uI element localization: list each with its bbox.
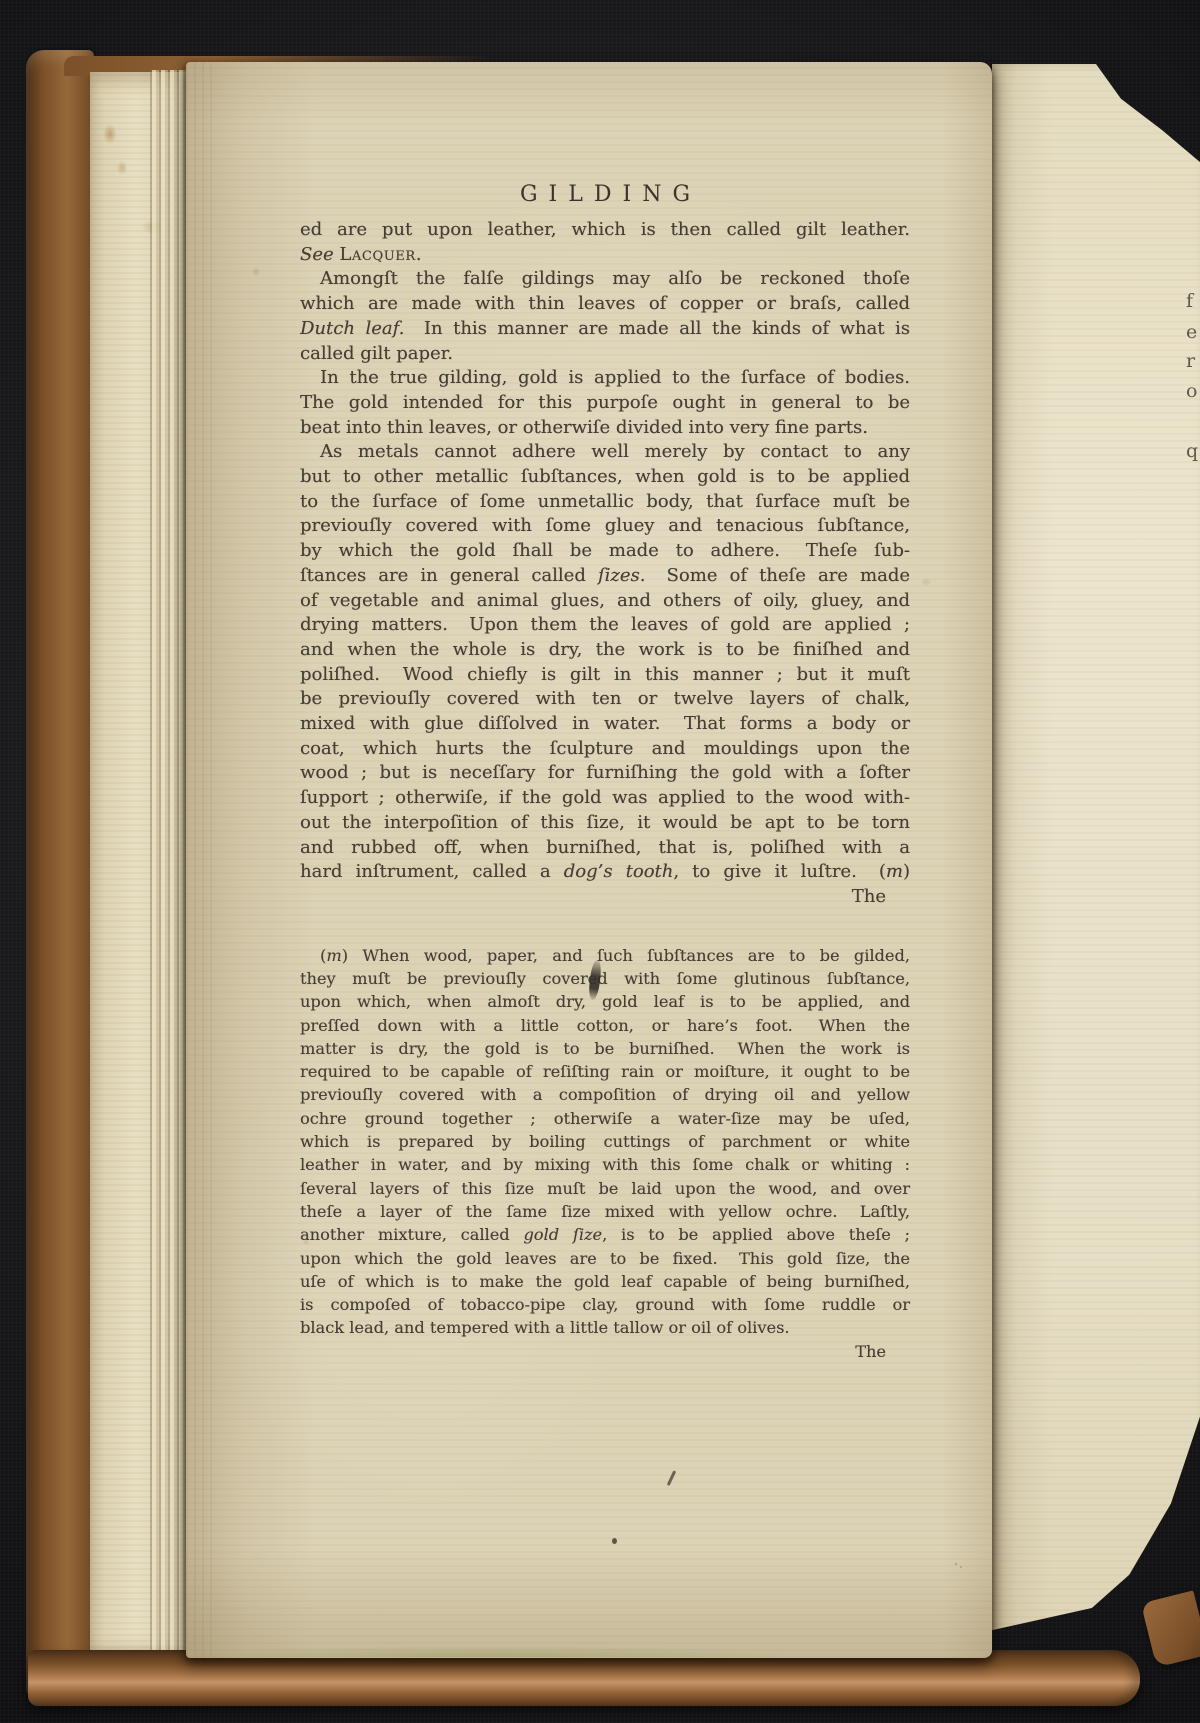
text-segment: beat into thin leaves, or otherwiſe divi…	[300, 417, 868, 438]
text-segment: ochre ground together ; otherwiſe a wate…	[300, 1109, 910, 1128]
edge-letter-fragment: r	[1186, 350, 1198, 372]
text-line: preſſed down with a little cotton, or ha…	[300, 1014, 910, 1037]
text-segment: The gold intended for this purpoſe ought…	[300, 392, 910, 413]
text-line: drying matters. Upon them the leaves of …	[300, 613, 910, 638]
text-line: previouſly covered with a compoſition of…	[300, 1083, 910, 1106]
text-segment: is compoſed of tobacco-pipe clay, ground…	[300, 1295, 910, 1314]
text-segment: preſſed down with a little cotton, or ha…	[300, 1016, 910, 1035]
italic-text: dog’s tooth	[564, 861, 674, 882]
text-line: mixed with glue diſſolved in water. That…	[300, 712, 910, 737]
text-line: of vegetable and animal glues, and other…	[300, 589, 910, 614]
text-segment: required to be capable of reſiſting rain…	[300, 1062, 910, 1081]
text-segment: When wood, paper, and ſuch ſubſtances ar…	[348, 946, 910, 965]
text-segment: wood ; but is neceſſary for furniſhing t…	[300, 762, 910, 783]
italic-text: Dutch leaf.	[300, 318, 404, 339]
text-line: hard inſtrument, called a dog’s tooth, t…	[300, 860, 910, 885]
text-segment: .	[416, 244, 422, 265]
text-segment: coat, which hurts the ſculpture and moul…	[300, 738, 910, 759]
text-segment: . Some of theſe are made	[640, 565, 910, 586]
footnote-text-column: (m) When wood, paper, and ſuch ſubſtance…	[300, 944, 910, 1363]
text-segment: , to give it luſtre.	[673, 861, 879, 882]
ink-speck	[954, 1562, 964, 1570]
page-heading: GILDING	[300, 178, 910, 212]
edge-letter-fragment: f	[1186, 290, 1198, 312]
main-text-column: ed are put upon leather, which is then c…	[300, 218, 910, 910]
text-line: they muſt be previouſly covered with ſom…	[300, 967, 910, 990]
text-line: out the interpoſition of this ſize, it w…	[300, 811, 910, 836]
text-line: (m) When wood, paper, and ſuch ſubſtance…	[300, 944, 910, 967]
text-line: to the ſurface of ſome unmetallic body, …	[300, 490, 910, 515]
italic-text: ſizes	[598, 565, 640, 586]
text-segment: to the ſurface of ſome unmetallic body, …	[300, 491, 910, 512]
text-segment: ed are put upon leather, which is then c…	[300, 219, 910, 240]
text-segment: As metals cannot adhere well merely by c…	[320, 441, 910, 462]
catchword: The	[300, 1340, 910, 1363]
text-line: Dutch leaf. In this manner are made all …	[300, 317, 910, 342]
text-segment: theſe a layer of the ſame ſize mixed wit…	[300, 1202, 910, 1221]
italic-text: m	[326, 946, 341, 965]
text-segment: leather in water, and by mixing with thi…	[300, 1155, 910, 1174]
book-cover-left-edge	[26, 50, 94, 1700]
edge-letter-fragment: o	[1186, 380, 1198, 402]
text-segment: In the true gilding, gold is applied to …	[320, 367, 910, 388]
text-line: upon which, when almoſt dry, gold leaf i…	[300, 990, 910, 1013]
text-segment: (	[879, 861, 886, 882]
text-line: and rubbed off, when burniſhed, that is,…	[300, 836, 910, 861]
text-line: In the true gilding, gold is applied to …	[300, 366, 910, 391]
text-line: ſtances are in general called ſizes. Som…	[300, 564, 910, 589]
text-line: beat into thin leaves, or otherwiſe divi…	[300, 416, 910, 441]
text-segment: In this manner are made all the kinds of…	[404, 318, 910, 339]
text-segment: The	[855, 1342, 886, 1361]
text-line: called gilt paper.	[300, 342, 910, 367]
text-line: wood ; but is neceſſary for furniſhing t…	[300, 761, 910, 786]
text-segment: be previouſly covered with ten or twelve…	[300, 688, 910, 709]
text-segment: Amongſt the falſe gildings may alſo be r…	[320, 268, 910, 289]
text-line: previouſly covered with ſome gluey and t…	[300, 514, 910, 539]
text-line: by which the gold ſhall be made to adher…	[300, 539, 910, 564]
text-line: Amongſt the falſe gildings may alſo be r…	[300, 267, 910, 292]
text-line: poliſhed. Wood chiefly is gilt in this m…	[300, 663, 910, 688]
text-segment: poliſhed. Wood chiefly is gilt in this m…	[300, 664, 910, 685]
text-line: another mixture, called gold ſize, is to…	[300, 1223, 910, 1246]
text-line: which is prepared by boiling cuttings of…	[300, 1130, 910, 1153]
text-segment: )	[903, 861, 910, 882]
text-line: which are made with thin leaves of coppe…	[300, 292, 910, 317]
edge-letter-fragment: e	[1186, 321, 1198, 343]
ink-speck	[667, 1470, 676, 1486]
text-segment: , is to be applied above theſe ;	[602, 1225, 910, 1244]
text-segment: previouſly covered with a compoſition of…	[300, 1085, 910, 1104]
text-segment: drying matters. Upon them the leaves of …	[300, 614, 910, 635]
book-page: GILDING ed are put upon leather, which i…	[186, 62, 992, 1658]
text-segment: by which the gold ſhall be made to adher…	[300, 540, 910, 561]
text-segment: ſtances are in general called	[300, 565, 598, 586]
text-line: coat, which hurts the ſculpture and moul…	[300, 737, 910, 762]
text-segment: but to other metallic ſubſtances, when g…	[300, 466, 910, 487]
text-line: required to be capable of reſiſting rain…	[300, 1060, 910, 1083]
text-line: and when the whole is dry, the work is t…	[300, 638, 910, 663]
page-text-block: GILDING ed are put upon leather, which i…	[300, 178, 910, 1363]
text-segment: matter is dry, the gold is to be burniſh…	[300, 1039, 910, 1058]
text-segment: and rubbed off, when burniſhed, that is,…	[300, 837, 910, 858]
text-segment: previouſly covered with ſome gluey and t…	[300, 515, 910, 536]
book-cover-bottom-edge	[28, 1650, 1140, 1706]
text-segment: called gilt paper.	[300, 343, 453, 364]
text-segment: and when the whole is dry, the work is t…	[300, 639, 910, 660]
text-segment: The	[852, 886, 886, 907]
text-line: be previouſly covered with ten or twelve…	[300, 687, 910, 712]
text-segment: mixed with glue diſſolved in water. That…	[300, 713, 910, 734]
text-line: leather in water, and by mixing with thi…	[300, 1153, 910, 1176]
text-line: ochre ground together ; otherwiſe a wate…	[300, 1107, 910, 1130]
text-segment: ſupport ; otherwiſe, if the gold was app…	[300, 787, 910, 808]
facing-page-edge: feroq	[992, 64, 1200, 1646]
small-caps-text: Lacquer	[339, 244, 415, 265]
ink-speck	[612, 1538, 617, 1544]
text-segment: out the interpoſition of this ſize, it w…	[300, 812, 910, 833]
text-line: The gold intended for this purpoſe ought…	[300, 391, 910, 416]
edge-letter-fragment: q	[1186, 440, 1198, 462]
text-segment: another mixture, called	[300, 1225, 523, 1244]
text-segment: which is prepared by boiling cuttings of…	[300, 1132, 910, 1151]
text-line: As metals cannot adhere well merely by c…	[300, 440, 910, 465]
italic-text: See	[300, 244, 339, 265]
text-segment: of vegetable and animal glues, and other…	[300, 590, 910, 611]
text-line: ſupport ; otherwiſe, if the gold was app…	[300, 786, 910, 811]
italic-text: gold ſize	[523, 1225, 602, 1244]
text-line: uſe of which is to make the gold leaf ca…	[300, 1270, 910, 1293]
text-segment: ſeveral layers of this ſize muſt be laid…	[300, 1179, 910, 1198]
italic-text: m	[886, 861, 903, 882]
text-segment: upon which the gold leaves are to be fix…	[300, 1249, 910, 1268]
text-segment: upon which, when almoſt dry, gold leaf i…	[300, 992, 910, 1011]
text-segment: which are made with thin leaves of coppe…	[300, 293, 910, 314]
gutter-fold-lines	[150, 70, 190, 1660]
text-line: theſe a layer of the ſame ſize mixed wit…	[300, 1200, 910, 1223]
text-segment: uſe of which is to make the gold leaf ca…	[300, 1272, 910, 1291]
text-line: ſeveral layers of this ſize muſt be laid…	[300, 1177, 910, 1200]
text-line: matter is dry, the gold is to be burniſh…	[300, 1037, 910, 1060]
text-line: See Lacquer.	[300, 243, 910, 268]
edge-text-fragments: feroq	[1184, 290, 1198, 500]
text-line: black lead, and tempered with a little t…	[300, 1316, 910, 1339]
text-line: is compoſed of tobacco-pipe clay, ground…	[300, 1293, 910, 1316]
text-segment: they muſt be previouſly covered with ſom…	[300, 969, 910, 988]
text-segment: black lead, and tempered with a little t…	[300, 1318, 790, 1337]
catchword: The	[300, 885, 910, 910]
text-line: but to other metallic ſubſtances, when g…	[300, 465, 910, 490]
page-gutter-curl	[186, 62, 212, 1658]
text-line: ed are put upon leather, which is then c…	[300, 218, 910, 243]
text-line: upon which the gold leaves are to be fix…	[300, 1247, 910, 1270]
text-segment: hard inſtrument, called a	[300, 861, 564, 882]
